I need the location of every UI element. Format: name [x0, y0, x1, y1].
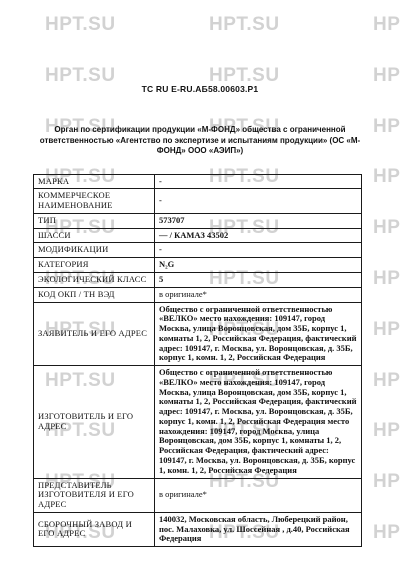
table-row-marka: МАРКА - [34, 174, 362, 189]
table-row-representative: ПРЕДСТАВИТЕЛЬ ИЗГОТОВИТЕЛЯ И ЕГО АДРЕС в… [34, 478, 362, 512]
row-value: — / КАМАЗ 43502 [155, 228, 362, 243]
vehicle-spec-table: МАРКА - КОММЕРЧЕСКОЕ НАИМЕНОВАНИЕ - ТИП … [33, 174, 362, 548]
table-row-chassis: ШАССИ — / КАМАЗ 43502 [34, 228, 362, 243]
table-row-assembly-plant: СБОРОЧНЫЙ ЗАВОД И ЕГО АДРЕС 140032, Моск… [34, 512, 362, 546]
row-value: 5 [155, 273, 362, 288]
row-label: КОММЕРЧЕСКОЕ НАИМЕНОВАНИЕ [34, 189, 155, 214]
certificate-number: ТС RU E-RU.АБ58.00603.Р1 [0, 0, 400, 94]
row-label: МАРКА [34, 174, 155, 189]
table-row-eco-class: ЭКОЛОГИЧЕСКИЙ КЛАСС 5 [34, 273, 362, 288]
row-label: ЭКОЛОГИЧЕСКИЙ КЛАСС [34, 273, 155, 288]
row-label: ТИП [34, 213, 155, 228]
row-label: ИЗГОТОВИТЕЛЬ И ЕГО АДРЕС [34, 366, 155, 478]
row-label: ЗАЯВИТЕЛЬ И ЕГО АДРЕС [34, 302, 155, 366]
row-value: - [155, 189, 362, 214]
row-label: СБОРОЧНЫЙ ЗАВОД И ЕГО АДРЕС [34, 512, 155, 546]
certificate-page: ТС RU E-RU.АБ58.00603.Р1 Орган по сертиф… [0, 0, 400, 547]
table-row-manufacturer: ИЗГОТОВИТЕЛЬ И ЕГО АДРЕС Общество с огра… [34, 366, 362, 478]
row-value: - [155, 243, 362, 258]
table-row-commercial-name: КОММЕРЧЕСКОЕ НАИМЕНОВАНИЕ - [34, 189, 362, 214]
table-row-okp-code: КОД ОКП / ТН ВЭД в оригинале* [34, 287, 362, 302]
row-value: Общество с ограниченной ответственностью… [155, 302, 362, 366]
table-row-type: ТИП 573707 [34, 213, 362, 228]
row-label: КОД ОКП / ТН ВЭД [34, 287, 155, 302]
row-value: N₂G [155, 258, 362, 273]
row-value: - [155, 174, 362, 189]
certification-body-name: Орган по сертификации продукции «М-ФОНД»… [28, 125, 372, 157]
table-row-category: КАТЕГОРИЯ N₂G [34, 258, 362, 273]
table-row-applicant: ЗАЯВИТЕЛЬ И ЕГО АДРЕС Общество с огранич… [34, 302, 362, 366]
row-label: ПРЕДСТАВИТЕЛЬ ИЗГОТОВИТЕЛЯ И ЕГО АДРЕС [34, 478, 155, 512]
row-value: в оригинале* [155, 287, 362, 302]
row-value: в оригинале* [155, 478, 362, 512]
row-value: 573707 [155, 213, 362, 228]
table-row-modifications: МОДИФИКАЦИИ - [34, 243, 362, 258]
row-label: КАТЕГОРИЯ [34, 258, 155, 273]
row-value: 140032, Московская область, Люберецкий р… [155, 512, 362, 546]
row-label: ШАССИ [34, 228, 155, 243]
row-value: Общество с ограниченной ответственностью… [155, 366, 362, 478]
row-label: МОДИФИКАЦИИ [34, 243, 155, 258]
